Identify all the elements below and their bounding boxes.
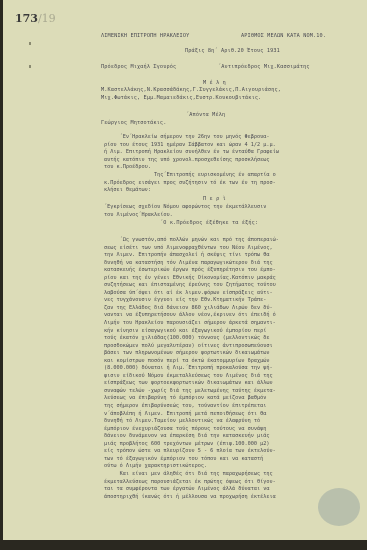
folio-main: 173 bbox=[15, 12, 38, 25]
punch-mark bbox=[29, 65, 31, 68]
text-line: είσπράξεως των φορτοεκφορτωτικών δικαιωμ… bbox=[104, 380, 364, 388]
text-line: ΄Ως γνωστόν,από πολλών μηνών και πρό της… bbox=[104, 237, 364, 245]
text-line: νες τυγχάνουσιν έγγυοι είς την Εθν.Κτημα… bbox=[104, 297, 364, 305]
text-line: ΄Εγκρίσεως σχεδίου Νόμου αφορώντος την έ… bbox=[104, 204, 364, 212]
text-line: κήν κίνησιν είσαγωγικού και έξαγωγικού έ… bbox=[104, 328, 364, 336]
document-page: 173/19 ΛΙΜΕΝΙΚΗ ΕΠΙΤΡΟΠΗ ΗΡΑΚΛΕΙΟΥ ΑΡΙΘΜ… bbox=[3, 0, 367, 545]
text-line: έκμεταλλεύσεως παρουσιάζεται έκ πρώτης ό… bbox=[104, 479, 364, 487]
text-line: Και είναι μεν άληθές ότι διά της παραχωρ… bbox=[104, 471, 364, 479]
text-line: λεύσεως να έπιβαρύνη τό έμπόριον κατά με… bbox=[104, 395, 364, 403]
absent-names: Γεώργιος Μητσοτάκις. bbox=[101, 120, 166, 128]
text-line: του κ.Προέδρου. bbox=[104, 164, 364, 172]
text-line: βάσει των πληρωνομένων σήμερον φορτωτικώ… bbox=[104, 350, 364, 358]
chair-said: ΄Ο κ.Πρόεδρος έξέθηκε τα έξής: bbox=[160, 220, 258, 228]
text-line: (8.000.000) δύναται ή Λιμ.΄Επιτροπή προκ… bbox=[104, 365, 364, 373]
text-line: νανται να έξυπηρετήσουν άλλον νέον,έκριν… bbox=[104, 312, 364, 320]
minutes-number: Πράξις 8η΄ Αριθ.20 Έτους 1931 bbox=[185, 48, 280, 56]
absent-heading: ΄Απόντα Μέλη bbox=[186, 112, 225, 120]
text-line: ν΄άποβλέπη ή Λιμεν. Επιτροπή μετά πεποιθ… bbox=[104, 411, 364, 419]
text-line: του Λιμένος΄Ηρακλείου. bbox=[104, 212, 364, 220]
text-line: την Λιμεν. Επιτροπήν άπασχολεί ή σκέψις … bbox=[104, 252, 364, 260]
members-count: ΑΡΙΘΜΟΣ ΜΕΛΩΝ ΚΑΤΑ ΝΟΜ.10. bbox=[241, 33, 326, 41]
members-line: Μ.Καστελλάκης,Ν.Κρασσάδάκης,Γ.Συγγελάκις… bbox=[101, 87, 281, 95]
vice-president: ΄Αντιπρόεδρος Μιχ.Κασσιμάτης bbox=[218, 64, 310, 72]
text-line: ΄Εν΄Ηρακλείω σήμερον την 26ην του μηνός … bbox=[104, 134, 364, 142]
punch-mark bbox=[29, 42, 31, 45]
text-line: Της΄Επιτροπής ευρισκομένης έν απαρτία ο bbox=[104, 172, 364, 180]
folio-number: 173/19 bbox=[15, 12, 56, 25]
text-line: ούτω ό Λιμήν χαρακτηριστικώτερος. bbox=[104, 463, 364, 471]
text-line: κατασκευής έσωτερικών έργων πρός έξυπηρέ… bbox=[104, 267, 364, 275]
text-line: δάνειον δυνάμενον να έπαρκέση διά την κα… bbox=[104, 433, 364, 441]
text-line: είς τρόπον ώστε να πλευρίζουν 5 - 6 πλοί… bbox=[104, 448, 364, 456]
subject-paragraph: ΄Εγκρίσεως σχεδίου Νόμου αφορώντος την έ… bbox=[104, 204, 364, 219]
members-line: Μιχ.Φωτάκις, Εμμ.Μαμαιεδάκις,Ευστρ.Κουκο… bbox=[101, 95, 261, 103]
folio-sub: /19 bbox=[38, 12, 56, 25]
text-line: της σήμερον έπιβαρύνσεώς του, τούναντίον… bbox=[104, 403, 364, 411]
text-line: συζητήσεως και έπισταμένης έρεύνης του ζ… bbox=[104, 282, 364, 290]
president: Πρόεδρος Μιχαήλ Σγουρός bbox=[101, 64, 176, 72]
text-line: Λιμήν του Ηρακλείου παρουσιάζει σήμερον … bbox=[104, 320, 364, 328]
text-line: σεως είσέτι των υπό Λιμενοφραχθέντων του… bbox=[104, 245, 364, 253]
intro-paragraph: ΄Εν΄Ηρακλείω σήμερον την 26ην του μηνός … bbox=[104, 134, 364, 195]
committee-title: ΛΙΜΕΝΙΚΗ ΕΠΙΤΡΟΠΗ ΗΡΑΚΛΕΙΟΥ bbox=[101, 33, 189, 41]
text-line: ή Λιμ. Επιτροπή Ηρακλείου συνήλθεν έν τω… bbox=[104, 149, 364, 157]
main-paragraph: ΄Ως γνωστόν,από πολλών μηνών και πρό της… bbox=[104, 237, 364, 501]
text-line: δυνηθή τό Λιμεν.Ταμείον μελλοντικώς να έ… bbox=[104, 418, 364, 426]
seal-stamp bbox=[318, 488, 360, 526]
text-line: κλήσει θεμάτων: bbox=[104, 187, 364, 195]
text-line: τούς έκατόν χιλιάδας(100.000) τόννους (μ… bbox=[104, 335, 364, 343]
peri-heading: Π ε ρ ὶ bbox=[203, 196, 226, 204]
